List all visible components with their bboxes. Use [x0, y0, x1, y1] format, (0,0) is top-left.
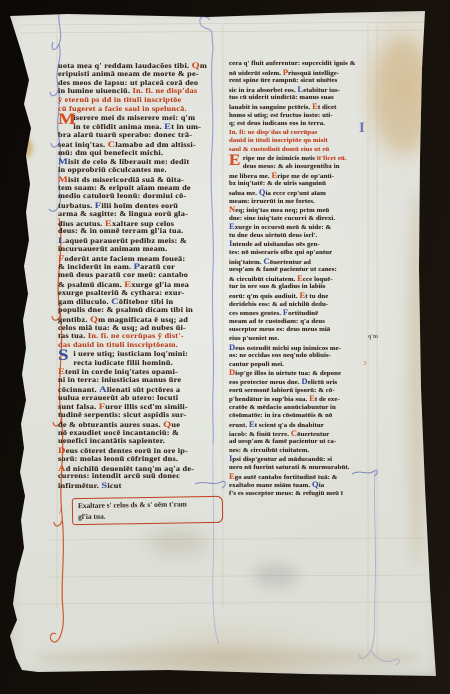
body-text: eos protector meus dne.	[229, 379, 301, 386]
body-text: cratōe & mēdacio annūciabuntur in	[229, 404, 336, 411]
text-line: Eripe me de inimicis meis īt'ficet eū.	[229, 155, 377, 164]
text-line: meam: irruerūt in me fortes.	[229, 198, 377, 207]
text-line: eius p'ueniet me.	[229, 335, 377, 344]
text-line: deus: & in omnē terram gl'ia tua.	[58, 227, 256, 236]
body-text: in lumine uiuenciū.	[58, 87, 133, 95]
text-line: p'hendātur in sup'bia sua. Et de exe-	[229, 395, 377, 404]
text-line: dauid in tituli inscriptōe qn misit	[229, 137, 377, 146]
body-text: tes: nō miseraris oībz qui op'antur	[229, 249, 332, 256]
text-line: in lumine uiuenciū. In. fi. ne disp'das	[58, 87, 256, 96]
body-text: celos miā tua: & usq; ad nubes ūi-	[58, 324, 186, 332]
text-line: iniq'tatem. Cōuertentur ad	[229, 258, 377, 267]
stain	[253, 563, 298, 588]
body-text: mū: dm qui benefecit michi.	[58, 149, 163, 157]
text-line: exaltabo mane miām tuam. Qia	[229, 481, 377, 490]
body-text: eus ostendit michi sup inimicos me-	[235, 345, 341, 352]
body-text: ad uesp'am & famē pacientur ut ca-	[229, 438, 336, 445]
text-line: uero nō fuerint saturati & murmurabūt.	[229, 464, 377, 473]
text-line: incuruauerūt animam meam.	[58, 245, 256, 254]
text-line: os: ne occidas eos neq'ndo obliuis-	[229, 352, 377, 361]
text-line: tudinē serpentis: sicut aspidis sur-	[58, 411, 256, 420]
text-line: Ego autē cantabo fortitudinē tuā: &	[229, 473, 377, 482]
rubric-text: saul & custodiuit domū eius ut eū	[229, 146, 329, 153]
text-line: sic in ira absorbet eos. Letabitur ius-	[229, 86, 377, 95]
initial-letter: E	[58, 366, 65, 376]
text-line: deus meus: & ab insurgentibz in	[229, 163, 377, 172]
text-line: gam diluculo. Cōfitebor tibi in	[58, 297, 256, 306]
text-line: Intende ad uisitandas oēs gen-	[229, 240, 377, 249]
text-line: & psalmū dicam. Exurge gl'ia mea	[58, 280, 256, 289]
margin-note: q'm	[368, 334, 378, 340]
body-text: exurge psalteriū & cythara: exur-	[58, 289, 184, 297]
body-text: eius p'ueniet me.	[229, 335, 279, 342]
body-text: eorū: q'm quis audiuit.	[229, 293, 299, 300]
body-text: nes: & circuibūt ciuitatem.	[229, 447, 309, 454]
body-text: os: ne occidas eos neq'ndo obliuis-	[229, 352, 331, 359]
text-line: nes: & circuibūt ciuitatem.	[229, 447, 377, 456]
text-line: dius acutus. Exaltare sup celos	[58, 219, 256, 228]
text-line: Ad nichilū deueniēt tanq'm aq'a de-	[58, 464, 256, 473]
flourish-right-faint-blue	[360, 470, 400, 665]
text-line: recta iudicate filii hominū.	[58, 359, 256, 368]
body-text: des meos de lapsu: ut placeā corā deo	[58, 79, 198, 87]
body-text: f's es susceptor meus: & refugiū meū ī	[229, 490, 343, 497]
body-text: go autē cantabo fortitudinē tuā: &	[235, 474, 338, 481]
manuscript-leaf: uota mea q' reddam laudacões tibi. Qmeri…	[8, 8, 440, 678]
body-text: meū deus paratū cor meū: cantabo	[58, 271, 188, 279]
rubric-text: ŷ eternū ps dd in tituli inscriptōe	[58, 96, 181, 104]
body-text: eorū sermonē labiorū ipsorū: & cō-	[229, 387, 335, 394]
text-line: iacob: & finiū terre. Cōuertentur	[229, 430, 377, 439]
text-line: erunt. Et scient q'a ds dnabitur	[229, 421, 377, 430]
body-text: cera q' fluit auferentur: supcecidit ign…	[229, 60, 355, 67]
initial-letter: L	[58, 235, 65, 245]
text-line: & inciderūt in eam. Paratū cor	[58, 262, 256, 271]
body-text: susceptor meus es: deus meus miā	[229, 326, 330, 333]
body-text: lauabit in sanguine pctōris.	[229, 104, 312, 111]
stain	[373, 38, 433, 153]
text-line: arma & sagitte: & lingua eorū gla-	[58, 210, 256, 219]
text-line: nō exaudiet uocē incantanciū: &	[58, 429, 256, 438]
initial-letter: Q	[90, 314, 98, 324]
body-text: exaltabo mane miām tuam.	[229, 482, 312, 489]
body-text: uesp'am & famē pacientur ut canes:	[229, 266, 337, 273]
margin-guide-letter: I	[359, 120, 365, 137]
stain	[148, 528, 208, 556]
text-line: meam ad te custodiam: q'a deus	[229, 318, 377, 327]
body-text: sorū: molas leonū cōfringet dns.	[58, 455, 178, 463]
text-line: Laqueū parauerūt pedibz meis: &	[58, 236, 256, 245]
text-line: mū: dm qui benefecit michi.	[58, 149, 256, 158]
body-text: ripe me de op'anti-	[277, 173, 334, 180]
text-line: uenefici incantātis sapienter.	[58, 437, 256, 446]
body-text: arma & sagitte: & lingua eorū gla-	[58, 210, 188, 218]
text-line: Ipsi disp'gentur ad māducandū: si	[229, 455, 377, 464]
initial-letter: Q	[259, 188, 266, 197]
text-line: exurge psalteriū & cythara: exur-	[58, 289, 256, 298]
stain	[33, 648, 423, 668]
text-line: gentibz. Qm magnificata ē usq; ad	[58, 315, 256, 324]
text-line: sunt falsa. Furor illis scd'm simili-	[58, 402, 256, 411]
text-line: f's es susceptor meus: & refugiū meū ī	[229, 490, 377, 499]
rubric-text: In. fi. ne corrūpas ŷ dist'-	[88, 332, 184, 340]
body-text: ntende ad uisitandas oēs gen-	[232, 241, 319, 248]
text-line: lauabit in sanguine pctōris. Et dicet	[229, 103, 377, 112]
body-text: ia	[319, 482, 324, 489]
text-line: eorū: q'm quis audiuit. Et tu dne	[229, 292, 377, 301]
body-text: deus meus: & ab insurgentibz in	[243, 163, 340, 170]
body-text: rent spine ūre rampnū: sicut uiuētes	[229, 77, 337, 84]
text-line: bra alarū tuarū sperabo: donec trā-	[58, 131, 256, 140]
body-text: deus: & in omnē terram gl'ia tua.	[58, 227, 183, 235]
body-text: uenefici incantātis sapienter.	[58, 437, 165, 445]
text-line: turbatus. Filii hoīm dentes eorū	[58, 201, 256, 210]
text-line: Foderūt ante faciem meam foueā:	[58, 254, 256, 263]
body-text: uulua errauerūt ab utero: locuti	[58, 394, 178, 402]
initial-letter: D	[58, 445, 66, 455]
rubric-text: dauid in tituli inscriptōe qn misit	[229, 137, 328, 144]
text-line: dne: sine iniq'tate cucurri & direxi.	[229, 215, 377, 224]
body-text: cce loquē-	[303, 276, 333, 283]
body-text: cōsūmatōe: in ira cōsūmatōis & nō	[229, 412, 332, 419]
body-text: elictū oris	[308, 379, 338, 386]
text-line: seat iniq'tas. Clamabo ad dm altissi-	[58, 140, 256, 149]
text-line: das dauid in tituli inscriptōeam.	[58, 341, 256, 350]
body-text: incuruauerūt animam meam.	[58, 245, 167, 253]
initial-letter: A	[58, 463, 66, 473]
text-line: Neq; iniq'tas mea neq; pctm meū	[229, 206, 377, 215]
body-text: in opprobriū cōculcantes me.	[58, 166, 167, 174]
initial-letter: E	[164, 121, 171, 131]
initial-letter: E	[105, 218, 112, 228]
text-line: in te cōfidit anima mea. Et in um-	[58, 122, 256, 131]
text-line: tas tua. In. fi. ne corrūpas ŷ dist'-	[58, 332, 256, 341]
text-line: currens: intendit arcū suū donec	[58, 472, 256, 481]
text-line: in opprobriū cōculcantes me.	[58, 166, 256, 175]
body-text: psi disp'gentur ad māducandū: si	[232, 456, 332, 463]
body-text: nō uiderūt solem.	[229, 70, 283, 77]
text-line: saul & custodiuit domū eius ut eū	[229, 146, 377, 155]
body-text: t tu dne	[305, 293, 328, 300]
text-line: ni in terra: iniusticias manus ūre	[58, 376, 256, 385]
body-text: erunt.	[229, 422, 249, 429]
body-text: nō exaudiet uocē incantanciū: &	[58, 429, 179, 437]
body-text: ōuertentur	[297, 431, 329, 438]
initial-letter: Q	[163, 419, 171, 429]
body-text: q; est deus iudicans eos in terra.	[229, 120, 325, 127]
text-line: medio catulorū leonū: dormiui cō-	[58, 192, 256, 201]
text-line: ces omnes gentes. Fortitudinē	[229, 309, 377, 318]
body-text: ni in terra: iniusticias manus ūre	[58, 376, 181, 384]
body-text: meam ad te custodiam: q'a deus	[229, 318, 325, 325]
text-line: populis dne: & psalmū dicam tibi in	[58, 306, 256, 315]
text-line: Miserere mei ds miserere mei: q'm	[58, 114, 256, 123]
rubric-text: das dauid in tituli inscriptōeam.	[58, 341, 178, 349]
catchword-line2: gl'ia tua.	[78, 509, 218, 522]
text-line: In. fi: ne disp'das uł corrūpas	[229, 129, 377, 138]
text-line: de & obturantis aures suas. Que	[58, 420, 256, 429]
catchword-tick-mark: ∕	[59, 505, 63, 515]
initial-letter: C	[111, 296, 119, 306]
body-text: i uere utiq; iusticiam loq'mini:	[73, 350, 188, 358]
text-line: me libera me. Eripe me de op'anti-	[229, 172, 377, 181]
body-text: ripe me de inimicis meis	[243, 155, 317, 162]
text-line: uulua errauerūt ab utero: locuti	[58, 394, 256, 403]
body-text: me libera me.	[229, 173, 271, 180]
text-line: sorū: molas leonū cōfringet dns.	[58, 455, 256, 464]
body-text: ces omnes gentes.	[229, 310, 283, 317]
text-line: cū fugeret a facie saul in speluncā.	[58, 105, 256, 114]
body-text: tu dne deus uirtutū deus isrl'.	[229, 232, 317, 239]
body-text: recta iudicate filii hominū.	[73, 359, 173, 367]
text-line: cera q' fluit auferentur: supcecidit ign…	[229, 60, 377, 69]
text-line: cantur populi mei.	[229, 361, 377, 370]
text-line: Deus ostendit michi sup inimicos me-	[229, 344, 377, 353]
text-line: q; est deus iudicans eos in terra.	[229, 120, 377, 129]
body-text: bz iniq'tatē: & de uiris sanguinū	[229, 180, 326, 187]
body-text: medio catulorū leonū: dormiui cō-	[58, 192, 186, 200]
text-line: deridebis eos: & ad nichilū dedu-	[229, 301, 377, 310]
text-column-right: cera q' fluit auferentur: supcecidit ign…	[229, 60, 369, 498]
text-line: ŷ eternū ps dd in tituli inscriptōe	[58, 96, 256, 105]
text-line: Deus cōteret dentes eorū in ore ip-	[58, 446, 256, 455]
stain	[408, 188, 426, 568]
rubric-text: In. fi: ne disp'das uł corrūpas	[229, 129, 317, 136]
text-line: homo si utiq; est fructus iusto: uti-	[229, 112, 377, 121]
text-line: salua me. Qia ecce cep'unt aīam	[229, 189, 377, 198]
body-text: t dicet	[318, 104, 337, 111]
body-text: tas tua.	[58, 332, 88, 340]
text-line: Exurge in occursū meū & uide: &	[229, 223, 377, 232]
text-column-left: uota mea q' reddam laudacões tibi. Qmeri…	[58, 61, 226, 490]
text-line: eos protector meus dne. Delictū oris	[229, 378, 377, 387]
body-text: t scient q'a ds dnabitur	[255, 422, 324, 429]
text-line: tes: nō miseraris oībz qui op'antur	[229, 249, 377, 258]
body-text: currens: intendit arcū suū donec	[58, 472, 180, 480]
body-text: bra alarū tuarū sperabo: donec trā-	[58, 131, 192, 139]
text-line: uota mea q' reddam laudacões tibi. Qm	[58, 61, 256, 70]
body-text: riusquā intellige-	[288, 70, 339, 77]
text-line: tem suam: & eripuit aīam meam de	[58, 184, 256, 193]
text-line: & circuibūt ciuitatem. Ecce loquē-	[229, 275, 377, 284]
text-line: bz iniq'tatē: & de uiris sanguinū	[229, 180, 377, 189]
body-text: iserere mei ds miserere mei: q'm	[73, 114, 195, 122]
stain	[19, 138, 33, 158]
rubric-text: īt'ficet eū.	[317, 155, 347, 162]
rubric-text: cū fugeret a facie saul in speluncā.	[58, 105, 187, 113]
body-text: tem suam: & eripuit aīam meam de	[58, 184, 191, 192]
body-text: sic in ira absorbet eos.	[229, 87, 298, 94]
photo-background: uota mea q' reddam laudacões tibi. Qmeri…	[0, 0, 450, 694]
body-text: iniq'tatem.	[229, 259, 263, 266]
body-text: cantur populi mei.	[229, 361, 284, 368]
body-text: populis dne: & psalmū dicam tibi in	[58, 306, 193, 314]
text-line: infirmētur. Sicut	[58, 481, 256, 490]
body-text: p'hendātur in sup'bia sua.	[229, 396, 309, 403]
text-line: nō uiderūt solem. Priusquā intellige-	[229, 69, 377, 78]
body-text: etabitur ius-	[303, 87, 340, 94]
text-line: cratōe & mēdacio annūciabuntur in	[229, 404, 377, 413]
body-text: meam: irruerūt in me fortes.	[229, 198, 315, 205]
initial-letter: Q	[312, 480, 319, 489]
text-line: susceptor meus es: deus meus miā	[229, 326, 377, 335]
text-line: Misit de celo & liberauit me: dedit	[58, 157, 256, 166]
text-line: celos miā tua: & usq; ad nubes ūi-	[58, 324, 256, 333]
text-line: Misit ds misericordiā suā & ūita-	[58, 175, 256, 184]
margin-flourish-orange: ɔ	[363, 358, 367, 367]
body-text: & circuibūt ciuitatem.	[229, 276, 297, 283]
body-text: eq; iniq'tas mea neq; pctm meū	[235, 207, 329, 214]
text-line: tus cū uiderit uindictā: manus suas	[229, 94, 377, 103]
text-line: meū deus paratū cor meū: cantabo	[58, 271, 256, 280]
catchword-box: Exaltare s' celos ds & s' oēm t'ram gl'i…	[72, 496, 223, 525]
body-text: t de exe-	[315, 396, 340, 403]
text-line: Si uere utiq; iusticiam loq'mini:	[58, 350, 256, 359]
body-text: iacob: & finiū terre.	[229, 431, 291, 438]
body-text: tur in ore suo & gladius in labiis	[229, 283, 326, 290]
body-text: deridebis eos: & ad nichilū dedu-	[229, 301, 328, 308]
body-text: infirmētur.	[58, 482, 101, 490]
rubric-text: In. fi. ne disp'das	[133, 87, 198, 95]
text-line: cōcinnant. Alienati sūt pctōres a	[58, 385, 256, 394]
body-text: icut	[107, 482, 121, 490]
body-text: salua me.	[229, 190, 259, 197]
body-text: homo si utiq; est fructus iusto: uti-	[229, 112, 333, 119]
initial-letter: C	[108, 139, 116, 149]
text-line: Etenī in corde iniq'tates opami-	[58, 367, 256, 376]
body-text: uero nō fuerint saturati & murmurabūt.	[229, 464, 350, 471]
body-text: tus cū uiderit uindictā: manus suas	[229, 94, 334, 101]
body-text: ia ecce cep'unt aīam	[266, 190, 326, 197]
text-line: eripuisti animā meam de morte & pe-	[58, 70, 256, 79]
text-line: ad uesp'am & famē pacientur ut ca-	[229, 438, 377, 447]
text-line: eorū sermonē labiorū ipsorū: & cō-	[229, 387, 377, 396]
body-text: dne: sine iniq'tate cucurri & direxi.	[229, 215, 335, 222]
body-text: eripuisti animā meam de morte & pe-	[58, 70, 199, 78]
body-text: ōuertentur ad	[270, 259, 311, 266]
body-text: isp'ge illos in uirtute tua: & depone	[235, 370, 341, 377]
text-line: des meos de lapsu: ut placeā corā deo	[58, 79, 256, 88]
body-text: ortitudinē	[288, 310, 318, 317]
text-line: tu dne deus uirtutū deus isrl'.	[229, 232, 377, 241]
body-text: xurge in occursū meū & uide: &	[235, 224, 332, 231]
